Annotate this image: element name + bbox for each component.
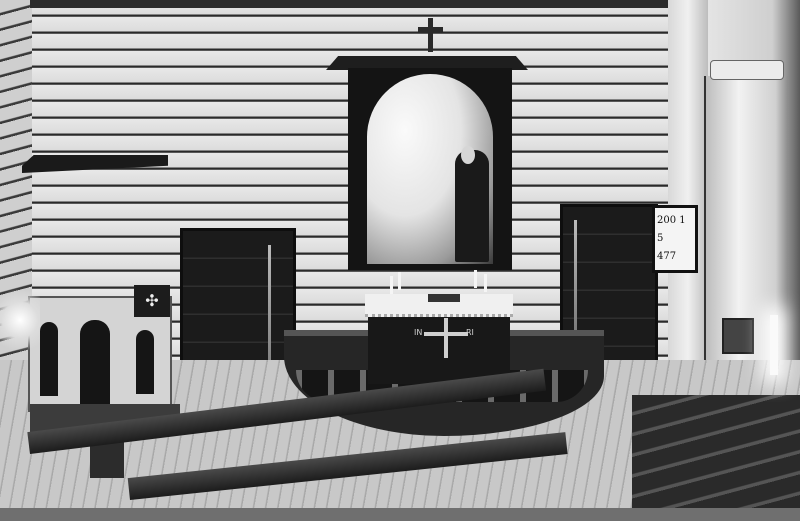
altar-cross-arm: [424, 332, 468, 336]
pulpit-panel: [80, 320, 110, 404]
church-interior-photo: 200 1 5 477 IN RI ✣: [0, 0, 800, 521]
altar-candle: [474, 270, 477, 288]
dove-icon: ✣: [134, 285, 170, 317]
painting-figure-head: [461, 146, 475, 164]
right-pilaster: [668, 0, 708, 360]
hymn-board: 200 1 5 477: [652, 205, 698, 273]
pulpit-panel: [136, 330, 154, 394]
wall-cross-icon: [428, 18, 433, 52]
right-door-vine-decoration: [574, 220, 577, 340]
hymn-board-line-1: 200 1 5: [657, 212, 693, 248]
hymn-board-line-2: 477: [657, 248, 693, 266]
pulpit-panel: [40, 322, 58, 396]
painting-figure: [455, 150, 489, 262]
tiled-stove-top: [710, 60, 784, 80]
photo-border: [0, 508, 800, 521]
altar: [368, 312, 510, 384]
wall-lamp-glow: [0, 280, 40, 360]
altar-inscription-right: RI: [466, 328, 474, 337]
altar-candle: [398, 272, 401, 290]
wall-cross-arm: [418, 27, 443, 32]
altar-bible: [428, 294, 460, 302]
right-pews: [632, 395, 800, 510]
altar-candle: [484, 274, 487, 292]
lit-candle: [770, 315, 778, 375]
ceiling-beam: [30, 0, 670, 8]
altar-candle: [390, 276, 393, 294]
altar-cross-icon: [444, 318, 448, 358]
altar-inscription-left: IN: [414, 328, 422, 337]
stove-door: [722, 318, 754, 354]
